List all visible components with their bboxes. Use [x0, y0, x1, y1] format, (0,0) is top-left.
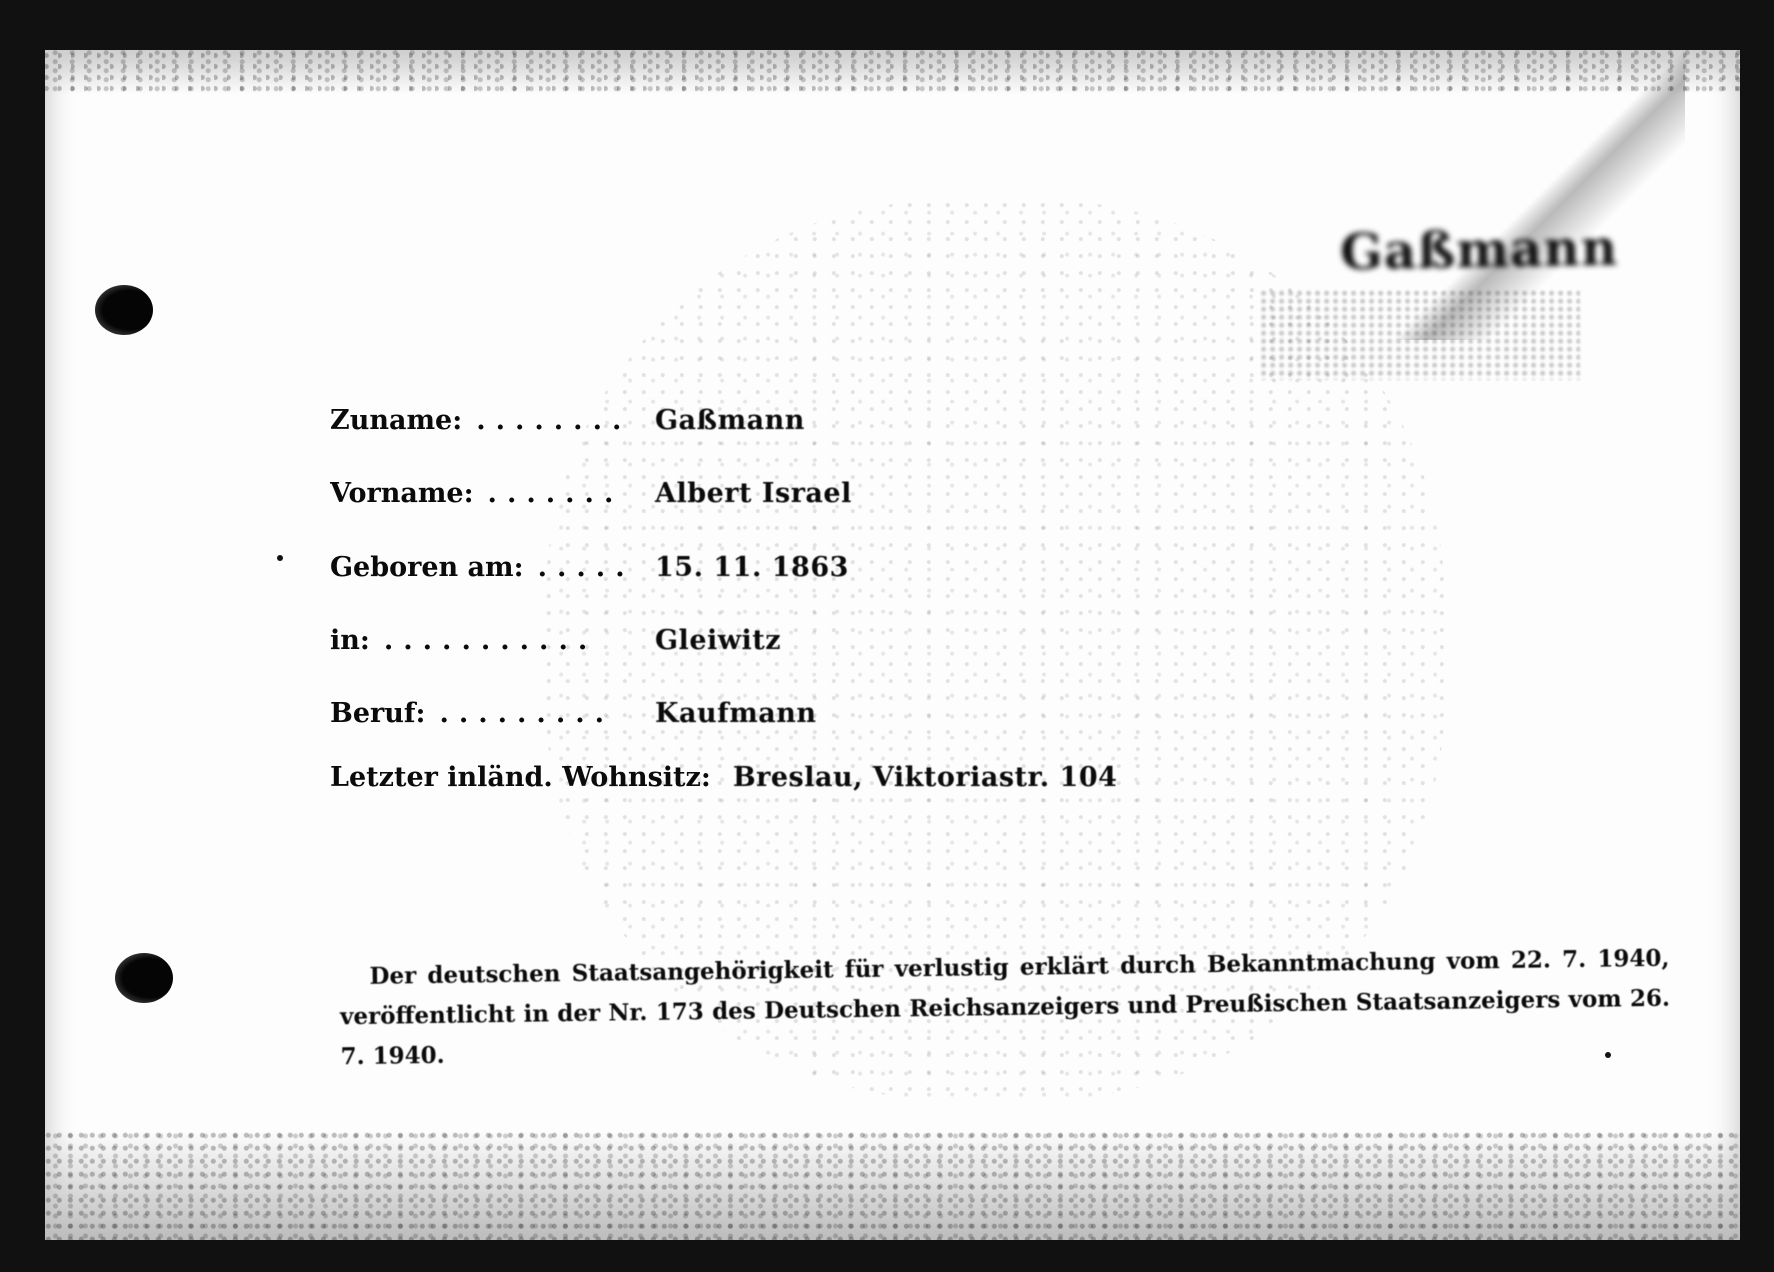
field-label: Beruf:......... — [330, 698, 655, 729]
field-value: 15. 11. 1863 — [655, 552, 849, 583]
scan-noise-bottom — [45, 1130, 1740, 1240]
punch-hole-icon — [95, 285, 153, 335]
field-value: Albert Israel — [655, 478, 852, 509]
stamp-smear — [1260, 290, 1580, 380]
field-value: Gaßmann — [655, 405, 805, 436]
field-first-name: Vorname:....... Albert Israel — [330, 478, 852, 509]
surname-stamp: Gaßmann — [1340, 218, 1619, 282]
field-label: Geboren am:..... — [330, 552, 655, 583]
field-label: Vorname:....... — [330, 478, 655, 509]
scanned-document: Gaßmann Zuname:........ Gaßmann Vorname:… — [0, 0, 1774, 1272]
field-value: Breslau, Viktoriastr. 104 — [733, 762, 1118, 793]
field-label: Zuname:........ — [330, 405, 655, 436]
field-surname: Zuname:........ Gaßmann — [330, 405, 805, 436]
field-birth-date: Geboren am:..... 15. 11. 1863 — [330, 552, 849, 583]
ink-speck — [1605, 1052, 1611, 1058]
field-label: in:........... — [330, 625, 655, 656]
citizenship-revocation-notice: Der deutschen Staatsangehörigkeit für ve… — [339, 939, 1671, 1078]
field-value: Kaufmann — [655, 698, 817, 729]
field-last-residence: Letzter inländ. Wohnsitz: Breslau, Vikto… — [330, 762, 1117, 793]
field-birth-place: in:........... Gleiwitz — [330, 625, 781, 656]
index-card: Gaßmann Zuname:........ Gaßmann Vorname:… — [45, 50, 1740, 1240]
field-value: Gleiwitz — [655, 625, 781, 656]
punch-hole-icon — [115, 953, 173, 1003]
field-label: Letzter inländ. Wohnsitz: — [330, 762, 711, 793]
field-occupation: Beruf:......... Kaufmann — [330, 698, 817, 729]
ink-speck — [277, 555, 283, 561]
